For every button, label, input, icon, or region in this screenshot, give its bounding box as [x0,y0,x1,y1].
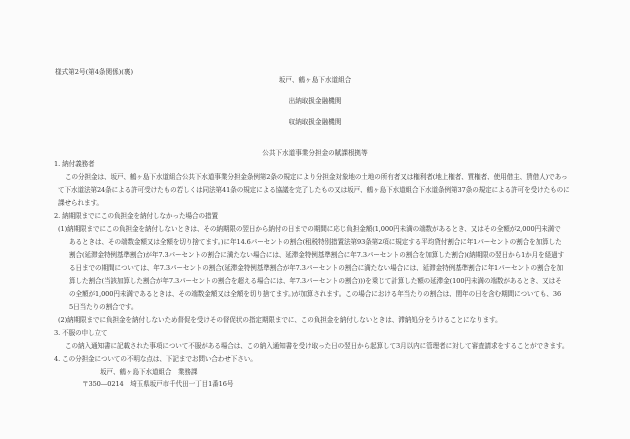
section-heading: 2. 納期限までにこの負担金を納付しなかった場合の措置 [54,212,218,221]
contact-office: 坂戸、鶴ヶ島下水道組合 業務課 [100,368,197,377]
section-text: (1)納期限までにこの負担金を納付しないときは、その納期限の翌日から納付の日まで… [58,225,561,234]
section-text: 課せられます。 [58,199,103,208]
section-text: の全額が1,000円未満であるときは、その端数金額又は全額を切り捨てます。)が加… [69,290,561,299]
page-title: 公共下水道事業分担金の賦課根拠等 [0,149,630,158]
contact-address: 〒350―0214 埼玉県坂戸市千代田一丁目1番16号 [82,380,233,389]
section-text: て下水道法第24条による許可受けたもの若しくは同法第41条の規定による協議を完了… [58,186,570,195]
section-text: (2)納期限までに負担金を納付しないため督促を受けその督促状の指定期限までに、こ… [58,316,502,325]
header-receipt-bank: 収納取扱金融機関 [0,118,630,127]
section-text: る日までの期間については、年7.3パーセントの割合(延滞金特例基準割合が年7.3… [69,264,563,273]
section-heading: 3. 不服の申し立て [54,329,108,338]
header-organization: 坂戸、鶴ヶ島下水道組合 [0,76,630,85]
section-text: 5日当たりの割合です。 [69,303,138,312]
header-disbursement-bank: 出納取扱金融機関 [0,97,630,106]
section-text: 割合(延滞金特例基準割合)が年7.3パーセントの割合に満たない場合には、延滞金特… [69,251,564,260]
section-heading: 1. 納付義務者 [54,160,95,169]
section-heading: 4. この分担金についての不明な点は、下記までお問い合わせ下さい。 [54,355,257,364]
section-text: この分担金は、坂戸、鶴ヶ島下水道組合公共下水道事業分担金条例第2条の規定により分… [65,173,568,182]
section-text: この納入通知書に記載された事項について不服がある場合は、この納入通知書を受け取っ… [65,342,568,351]
section-text: あるときは、その端数金額又は全額を切り捨てます。)に年14.6パーセントの割合(… [69,238,562,247]
section-text: 算した割合(当該加算した割合が年7.3パーセントの割合を超える場合には、年7.3… [69,277,562,286]
